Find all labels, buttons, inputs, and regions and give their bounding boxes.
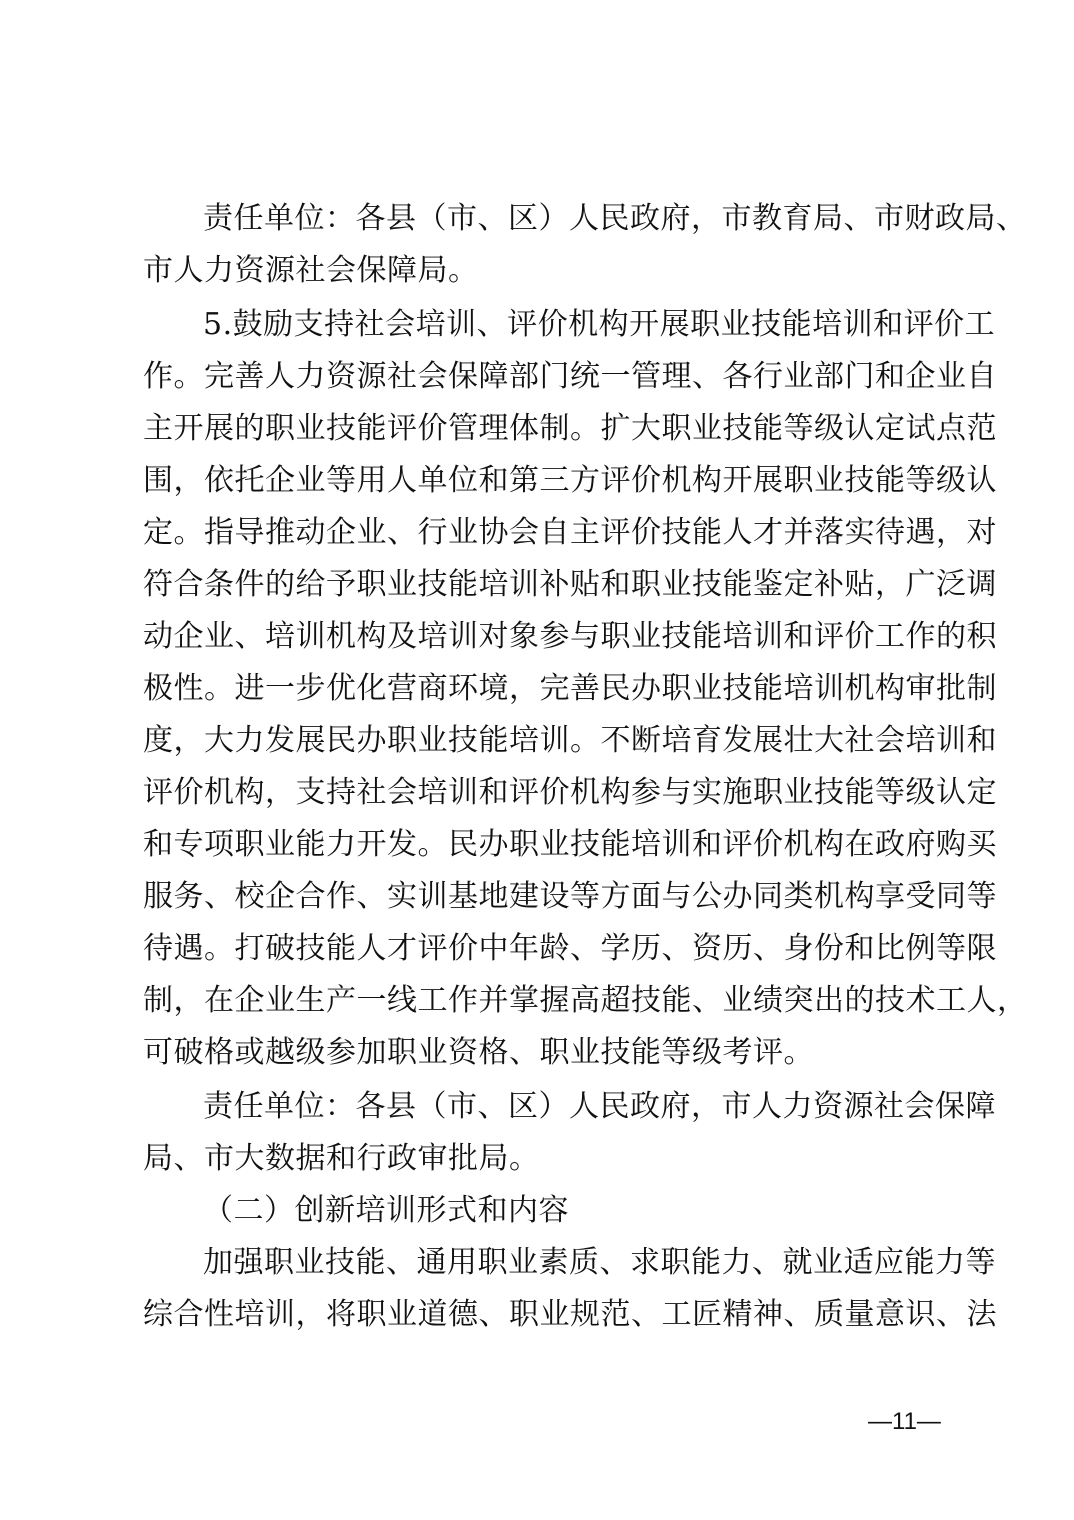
text-line: 待遇。打破技能人才评价中年龄、学历、资历、身份和比例等限 xyxy=(0,929,1074,969)
text-line: 围，依托企业等用人单位和第三方评价机构开展职业技能等级认 xyxy=(0,461,1074,501)
text-line: 综合性培训，将职业道德、职业规范、工匠精神、质量意识、法 xyxy=(0,1295,1074,1335)
text-line: 市人力资源社会保障局。 xyxy=(0,251,1074,291)
page-number: —11— xyxy=(868,1408,941,1436)
text-line: 和专项职业能力开发。民办职业技能培训和评价机构在政府购买 xyxy=(0,825,1074,865)
text-line: 动企业、培训机构及培训对象参与职业技能培训和评价工作的积 xyxy=(0,617,1074,657)
section-heading-2: （二）创新培训形式和内容 xyxy=(0,1191,1074,1231)
text-line: 度，大力发展民办职业技能培训。不断培育发展壮大社会培训和 xyxy=(0,721,1074,761)
text-line: 加强职业技能、通用职业素质、求职能力、就业适应能力等 xyxy=(0,1243,1074,1283)
text-line: 符合条件的给予职业技能培训补贴和职业技能鉴定补贴，广泛调 xyxy=(0,565,1074,605)
text-line: 评价机构，支持社会培训和评价机构参与实施职业技能等级认定 xyxy=(0,773,1074,813)
text-line: 局、市大数据和行政审批局。 xyxy=(0,1139,1074,1179)
text-line: 可破格或越级参加职业资格、职业技能等级考评。 xyxy=(0,1033,1074,1073)
text-line: 主开展的职业技能评价管理体制。扩大职业技能等级认定试点范 xyxy=(0,409,1074,449)
text-line: 制，在企业生产一线工作并掌握高超技能、业绩突出的技术工人， xyxy=(0,981,1074,1021)
section-heading-5: 5.鼓励支持社会培训、评价机构开展职业技能培训和评价工 xyxy=(0,305,1074,345)
text-line: 极性。进一步优化营商环境，完善民办职业技能培训机构审批制 xyxy=(0,669,1074,709)
text-line: 责任单位：各县（市、区）人民政府，市人力资源社会保障 xyxy=(0,1087,1074,1127)
text-line: 定。指导推动企业、行业协会自主评价技能人才并落实待遇，对 xyxy=(0,513,1074,553)
text-line: 作。完善人力资源社会保障部门统一管理、各行业部门和企业自 xyxy=(0,357,1074,397)
text-line: 服务、校企合作、实训基地建设等方面与公办同类机构享受同等 xyxy=(0,877,1074,917)
document-page: 责任单位：各县（市、区）人民政府，市教育局、市财政局、 市人力资源社会保障局。 … xyxy=(0,0,1074,1520)
text-line: 责任单位：各县（市、区）人民政府，市教育局、市财政局、 xyxy=(0,199,1074,239)
